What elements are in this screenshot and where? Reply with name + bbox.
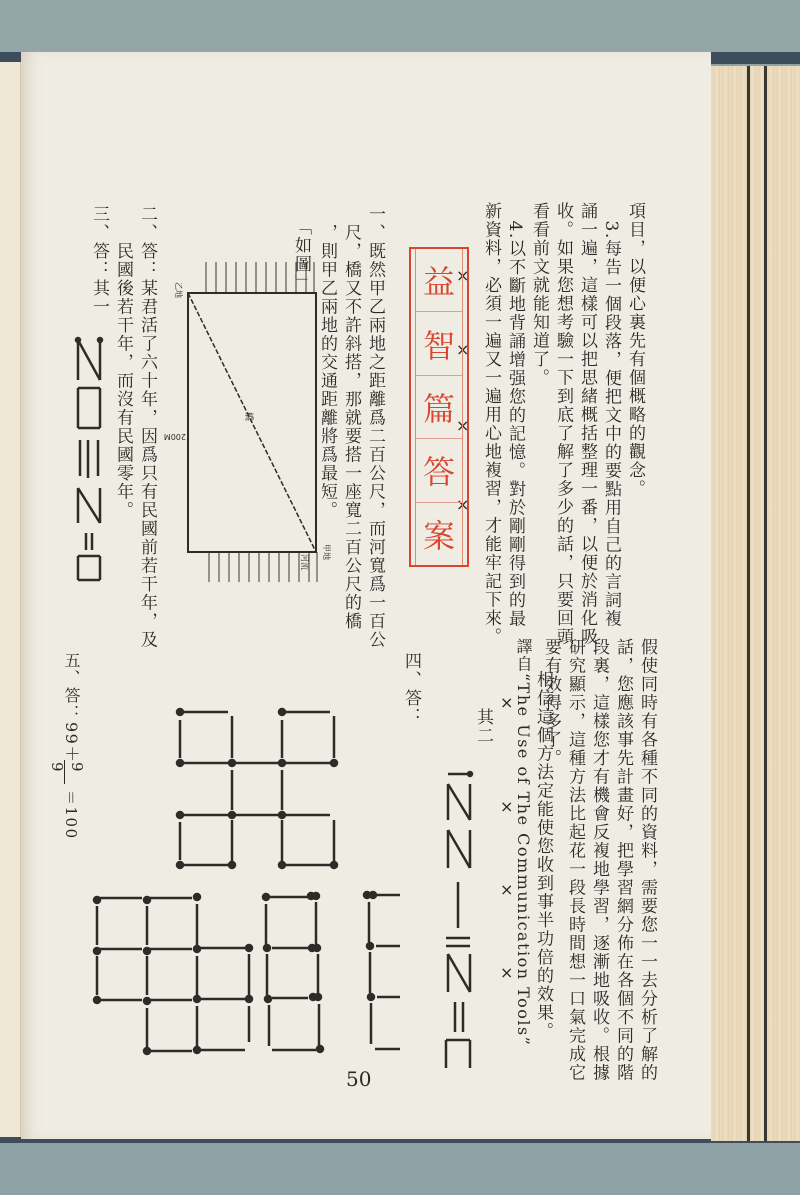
text-column: 話，您應該事先計畫好，把學習網分佈在各個不同的階 [612, 638, 634, 1082]
answer-five-label: 五、答：99＋ [60, 652, 82, 763]
separator-mark: × [500, 693, 513, 712]
matchstick-equation-one [58, 328, 118, 588]
source-citation: 譯自“The Use of The Communication Tools” [512, 638, 534, 1046]
answer-three-label: 三、答：其一 [88, 205, 110, 316]
text-column: 新資料，必須一遍又一遍用心地複習，才能牢記下來。 [480, 202, 502, 646]
width-label: 200M [164, 432, 186, 441]
bridge-label: 橋 [243, 412, 255, 421]
text-column: 假使同時有各種不同的資料，需要您一一去分析了解的 [636, 638, 658, 1082]
text-column: 誦一遍，這樣可以把思緒概括整理一番，以便於消化吸 [576, 202, 598, 646]
separator-mark: × [500, 880, 513, 899]
page-stack-edges [711, 66, 800, 1141]
point-b-label: 乙地 [174, 282, 184, 298]
text-column: 項目，以便心裏先有個概略的觀念。 [624, 202, 646, 498]
text-column: 4.以不斷地背誦增强您的記憶。對於剛剛得到的最 [504, 202, 526, 628]
title-char: 智 [416, 312, 462, 375]
point-a-label: 甲地 [322, 544, 332, 560]
text-column: 研究顯示，這種方法比起花一段長時間想一口氣完成它 [564, 638, 586, 1082]
matchstick-squares-diagram [80, 690, 400, 1110]
page-number: 50 [346, 1067, 371, 1091]
answer-five-result: ＝100 [60, 790, 82, 840]
previous-page-edge [0, 62, 22, 1137]
matchstick-equation-two [440, 770, 490, 1070]
text-column: 3.每告一個段落，便把文中的要點用自己的言詞複 [600, 202, 622, 628]
title-char: 篇 [416, 376, 462, 439]
book-cover-bottom [0, 1140, 800, 1195]
text-column: 尺，橋又不許斜搭，那就要搭一座寬二百公尺的橋 [340, 205, 362, 631]
text-column: 一、既然甲乙兩地之距離爲二百公尺，而河寬爲一百公 [364, 205, 386, 649]
title-char: 案 [416, 503, 462, 565]
separator-mark: × [500, 963, 513, 982]
river-bridge-diagram: 橋 200M 乙地 甲地 河流 [176, 262, 326, 602]
title-char: 答 [416, 439, 462, 502]
separator-mark: × [500, 797, 513, 816]
fraction-denominator: 9 [46, 762, 68, 773]
section-title-box: 益 智 篇 答 案 [409, 247, 469, 567]
text-column: 收。如果您想考驗一下到底了解了多少的話，只要回頭 [552, 202, 574, 646]
text-column: 二、答：某君活了六十年，因爲只有民國前若干年，及 [136, 205, 158, 649]
text-column: 段裏，這樣您才有機會反複地學習，逐漸地吸收。根據 [588, 638, 610, 1082]
text-column: 看看前文就能知道了。 [528, 202, 550, 387]
option-two-label: 其二 [472, 708, 494, 745]
book-cover-top [0, 0, 800, 60]
title-char: 益 [416, 249, 462, 312]
river-label: 河流 [300, 554, 310, 570]
text-column: 相信這個方法定能使您收到事半功倍的效果。 [532, 652, 554, 1041]
answer-four-label: 四、答： [400, 652, 422, 726]
